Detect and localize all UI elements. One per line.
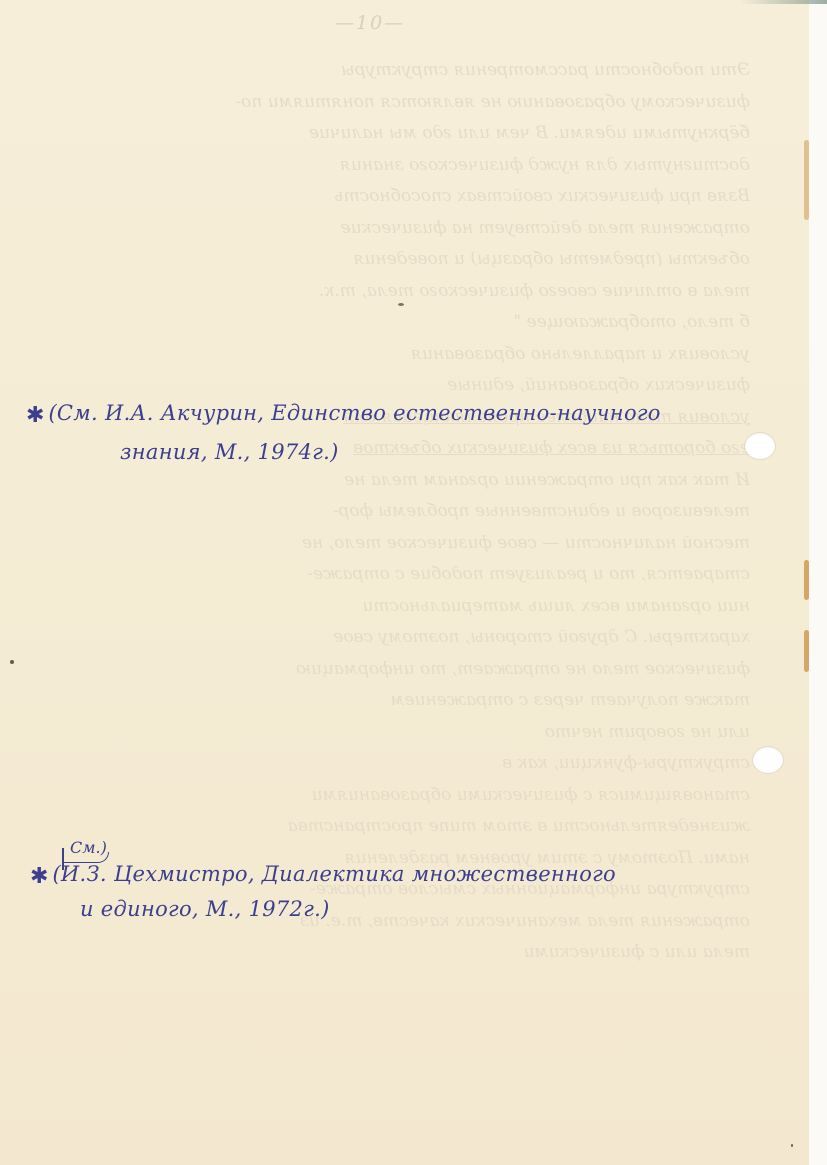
- footnote-line-2: знания, М., 1974г.): [120, 440, 661, 464]
- bleed-line: условиях и параллельно образования: [60, 339, 750, 371]
- bleed-line: б тело, отображающее ": [60, 307, 750, 339]
- bleed-line: физических образований, единые: [60, 370, 750, 402]
- bleed-line: становящимися с физическими образованиям…: [60, 780, 750, 812]
- bleed-line: объекты (предметы образцы) и поведения: [60, 244, 750, 276]
- bleed-line: характеры. С другой стороны, поэтому сво…: [60, 622, 750, 654]
- bleed-line: тела в отличие своего физического тела, …: [60, 276, 750, 308]
- edge-stain: [804, 140, 809, 220]
- bleed-line: тела или с физическими: [60, 937, 750, 969]
- punch-hole-lower: [753, 747, 783, 773]
- bleed-line: жизнедеятельности в этом типе пространст…: [60, 811, 750, 843]
- bleed-line: И так как при отражении органам тела не: [60, 465, 750, 497]
- bleed-line: достигнутых для нужд физического знания: [60, 150, 750, 182]
- page-number: —10—: [335, 12, 405, 34]
- bleed-through-text: Эти подобности рассмотрения структуры фи…: [60, 55, 750, 969]
- asterisk-icon: ✱: [30, 864, 48, 889]
- paper-speck: [791, 1144, 793, 1147]
- bleed-line: бёркнутыми идеями. В чем или гдо мы нали…: [60, 118, 750, 150]
- edge-stain: [804, 630, 809, 672]
- insertion-mark: См.): [70, 838, 107, 857]
- bleed-line: структуры-функции, как в: [60, 748, 750, 780]
- bleed-line: физическое тело не отражает, то информац…: [60, 654, 750, 686]
- footnote-akchurin: ✱(См. И.А. Акчурин, Единство естественно…: [26, 401, 661, 464]
- bleed-line: телевизоров и единственные проблемы фор-: [60, 496, 750, 528]
- bleed-line: также получает через с отражением: [60, 685, 750, 717]
- footnote-line-2: и единого, М., 1972г.): [80, 897, 616, 921]
- bleed-line: нии органами всех лишь материальности: [60, 591, 750, 623]
- edge-stain: [804, 560, 809, 600]
- page-edge: [809, 0, 827, 1165]
- punch-hole-upper: [745, 433, 775, 459]
- bleed-line: Эти подобности рассмотрения структуры: [60, 55, 750, 87]
- manuscript-page: —10— Эти подобности рассмотрения структу…: [0, 0, 809, 1165]
- bleed-line: физическому образованию не являются поня…: [60, 87, 750, 119]
- asterisk-icon: ✱: [26, 403, 44, 428]
- bleed-line: старается, то и реализует подобие с отра…: [60, 559, 750, 591]
- footnote-line-1: (См. И.А. Акчурин, Единство естественно-…: [48, 401, 660, 425]
- scan-shadow: [740, 0, 827, 4]
- footnote-line-1: (И.З. Цехмистро, Диалектика множественно…: [52, 862, 616, 886]
- paper-speck: [10, 660, 14, 664]
- paper-speck: [398, 303, 404, 306]
- footnote-tsekhmistro: ✱(И.З. Цехмистро, Диалектика множественн…: [30, 862, 616, 921]
- bleed-line: Взяв при физических свойствах способност…: [60, 181, 750, 213]
- bleed-line: или не говорит нечто: [60, 717, 750, 749]
- bleed-line: тесной наличности — свое физическое тело…: [60, 528, 750, 560]
- bleed-line: отражения тела действует на физические: [60, 213, 750, 245]
